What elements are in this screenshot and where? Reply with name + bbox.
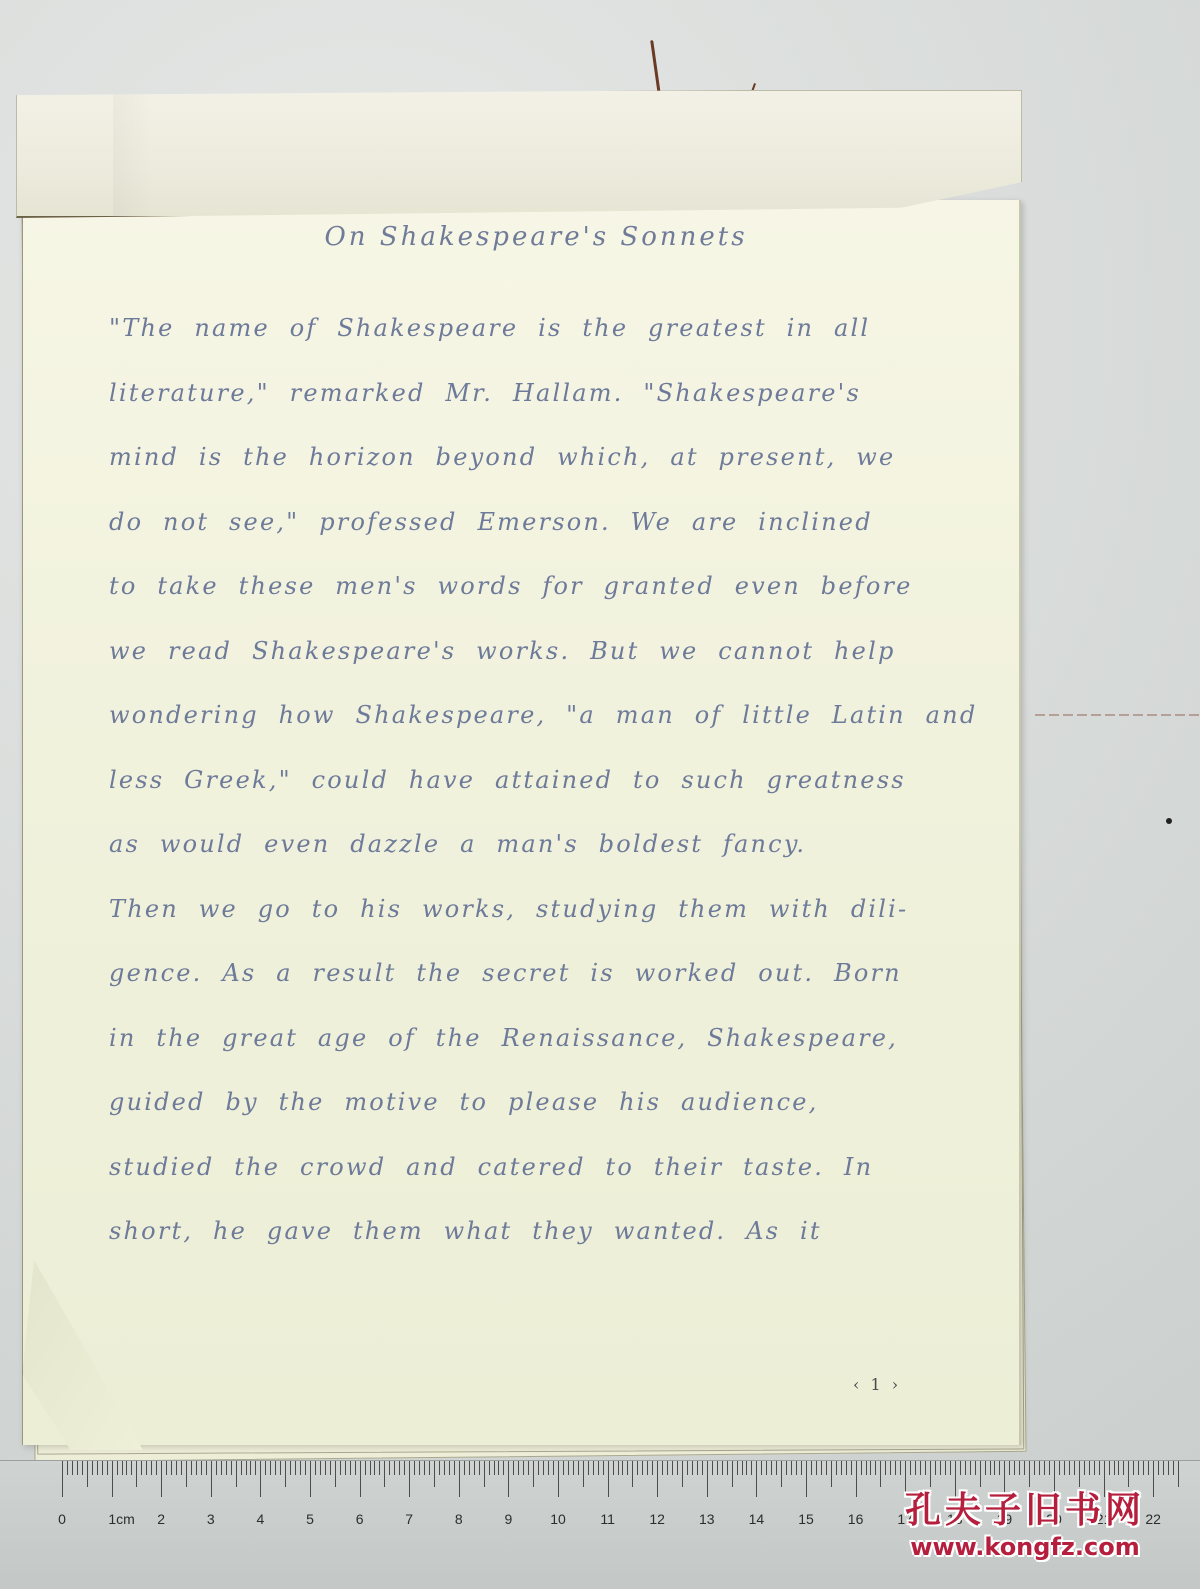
ruler-tick	[340, 1461, 341, 1475]
manuscript-line: in the great age of the Renaissance, Sha…	[109, 1006, 969, 1071]
ruler-tick	[241, 1461, 242, 1475]
ruler-tick	[945, 1461, 946, 1475]
ruler-tick	[1049, 1461, 1050, 1475]
ruler-tick	[627, 1461, 628, 1475]
ruler-tick	[652, 1461, 653, 1475]
ruler-tick	[394, 1461, 395, 1475]
ruler-tick	[578, 1461, 579, 1475]
ruler-label: 1cm	[108, 1511, 134, 1527]
ruler-tick	[1173, 1461, 1174, 1475]
flap-crease	[113, 91, 153, 216]
manuscript-line: mind is the horizon beyond which, at pre…	[109, 425, 969, 490]
ruler-tick	[801, 1461, 802, 1475]
ruler-tick	[568, 1461, 569, 1475]
ruler-tick	[925, 1461, 926, 1475]
ruler-tick	[92, 1461, 93, 1475]
ruler-tick	[77, 1461, 78, 1475]
ruler-tick	[742, 1461, 743, 1475]
ruler-tick	[732, 1461, 733, 1487]
manuscript-line: wondering how Shakespeare, "a man of lit…	[109, 683, 969, 748]
ruler-tick	[350, 1461, 351, 1475]
ruler-tick	[409, 1461, 410, 1497]
ruler-tick	[176, 1461, 177, 1475]
ruler-tick	[563, 1461, 564, 1475]
ruler-label: 2	[157, 1511, 165, 1527]
ruler-tick	[255, 1461, 256, 1475]
ruler-tick	[355, 1461, 356, 1475]
ruler-tick	[136, 1461, 137, 1487]
ruler-tick	[816, 1461, 817, 1475]
ruler-tick	[151, 1461, 152, 1475]
ruler-tick	[940, 1461, 941, 1475]
ruler-tick	[1138, 1461, 1139, 1475]
ruler-tick	[201, 1461, 202, 1475]
ruler-tick	[538, 1461, 539, 1475]
ruler-tick	[424, 1461, 425, 1475]
ruler-tick	[677, 1461, 678, 1475]
ruler-tick	[836, 1461, 837, 1475]
ruler-tick	[1074, 1461, 1075, 1475]
ruler-label: 10	[550, 1511, 566, 1527]
ruler-tick	[498, 1461, 499, 1475]
ruler-tick	[107, 1461, 108, 1475]
ruler-tick	[1158, 1461, 1159, 1475]
manuscript-line: to take these men's words for granted ev…	[109, 554, 969, 619]
ruler-tick	[374, 1461, 375, 1475]
ruler-tick	[717, 1461, 718, 1475]
ruler-tick	[950, 1461, 951, 1475]
ruler-tick	[146, 1461, 147, 1475]
ruler-tick	[211, 1461, 212, 1497]
ruler-tick	[295, 1461, 296, 1475]
ruler-tick	[270, 1461, 271, 1475]
ruler-tick	[290, 1461, 291, 1475]
ruler-tick	[727, 1461, 728, 1475]
manuscript-line: do not see," professed Emerson. We are i…	[109, 490, 969, 555]
ruler-tick	[811, 1461, 812, 1475]
ruler-tick	[985, 1461, 986, 1475]
ruler-tick	[404, 1461, 405, 1475]
ruler-tick	[310, 1461, 311, 1497]
manuscript-line: studied the crowd and catered to their t…	[109, 1135, 969, 1200]
ruler-tick	[518, 1461, 519, 1475]
ruler-tick	[454, 1461, 455, 1475]
ink-dot	[1166, 818, 1172, 824]
ruler-tick	[1148, 1461, 1149, 1475]
ruler-tick	[776, 1461, 777, 1475]
ruler-tick	[1114, 1461, 1115, 1475]
ruler-label: 16	[848, 1511, 864, 1527]
ruler-tick	[399, 1461, 400, 1475]
ruler-label: 4	[256, 1511, 264, 1527]
ruler-tick	[697, 1461, 698, 1475]
ruler-tick	[102, 1461, 103, 1475]
ruler-tick	[632, 1461, 633, 1487]
ruler-tick	[990, 1461, 991, 1475]
ruler-label: 15	[798, 1511, 814, 1527]
ruler-label: 13	[699, 1511, 715, 1527]
ruler-tick	[1039, 1461, 1040, 1475]
ruler-tick	[910, 1461, 911, 1475]
ruler-tick	[781, 1461, 782, 1487]
manuscript-line: as would even dazzle a man's boldest fan…	[109, 812, 969, 877]
ruler-label: 9	[504, 1511, 512, 1527]
ruler-tick	[593, 1461, 594, 1475]
ruler-tick	[846, 1461, 847, 1475]
watermark-chinese: 孔夫子旧书网	[880, 1482, 1170, 1533]
ruler-tick	[489, 1461, 490, 1475]
ruler-tick	[141, 1461, 142, 1475]
ruler-tick	[890, 1461, 891, 1475]
ruler-label: 7	[405, 1511, 413, 1527]
ruler-tick	[1059, 1461, 1060, 1475]
ruler-tick	[622, 1461, 623, 1475]
ruler-tick	[786, 1461, 787, 1475]
ruler-tick	[771, 1461, 772, 1475]
ruler-tick	[637, 1461, 638, 1475]
ruler-tick	[191, 1461, 192, 1475]
ruler-tick	[861, 1461, 862, 1475]
ruler-tick	[672, 1461, 673, 1475]
ruler-tick	[122, 1461, 123, 1475]
ruler-tick	[1024, 1461, 1025, 1475]
ruler-tick	[642, 1461, 643, 1475]
ruler-label: 6	[356, 1511, 364, 1527]
ruler-tick	[1019, 1461, 1020, 1475]
ruler-tick	[856, 1461, 857, 1497]
folded-paper-flap	[16, 90, 1022, 218]
ruler-tick	[999, 1461, 1000, 1475]
ruler-tick	[280, 1461, 281, 1475]
ruler-tick	[553, 1461, 554, 1475]
manuscript-body: "The name of Shakespeare is the greatest…	[109, 296, 969, 1264]
ruler-tick	[885, 1461, 886, 1475]
ruler-label: 8	[455, 1511, 463, 1527]
ruler-tick	[1069, 1461, 1070, 1475]
ruler-tick	[1009, 1461, 1010, 1475]
page-title: On Shakespeare's Sonnets	[23, 222, 1019, 252]
ruler-label: 0	[58, 1511, 66, 1527]
ruler-tick	[494, 1461, 495, 1475]
manuscript-line: literature," remarked Mr. Hallam. "Shake…	[109, 361, 969, 426]
ruler-tick	[434, 1461, 435, 1487]
ruler-tick	[320, 1461, 321, 1475]
ruler-tick	[72, 1461, 73, 1475]
ruler-tick	[315, 1461, 316, 1475]
manuscript-line: less Greek," could have attained to such…	[109, 748, 969, 813]
ruler-tick	[1143, 1461, 1144, 1475]
ruler-tick	[667, 1461, 668, 1475]
ruler-tick	[895, 1461, 896, 1475]
ruler-tick	[236, 1461, 237, 1487]
ruler-tick	[414, 1461, 415, 1475]
page-number: ‹ 1 ›	[853, 1375, 901, 1394]
ruler-tick	[851, 1461, 852, 1475]
ruler-tick	[330, 1461, 331, 1475]
ruler-tick	[826, 1461, 827, 1475]
ruler-tick	[543, 1461, 544, 1475]
ruler-tick	[1178, 1461, 1179, 1487]
ruler-tick	[533, 1461, 534, 1487]
ruler-label: 14	[749, 1511, 765, 1527]
ruler-tick	[250, 1461, 251, 1475]
ruler-tick	[389, 1461, 390, 1475]
ruler-tick	[975, 1461, 976, 1475]
ruler-tick	[692, 1461, 693, 1475]
ruler-tick	[965, 1461, 966, 1475]
ruler-tick	[464, 1461, 465, 1475]
ruler-tick	[712, 1461, 713, 1475]
ruler-tick	[806, 1461, 807, 1497]
ruler-tick	[216, 1461, 217, 1475]
ruler-tick	[523, 1461, 524, 1475]
ruler-tick	[117, 1461, 118, 1475]
ruler-tick	[231, 1461, 232, 1475]
ruler-tick	[1163, 1461, 1164, 1475]
ruler-tick	[751, 1461, 752, 1475]
ruler-tick	[821, 1461, 822, 1475]
ruler-tick	[875, 1461, 876, 1475]
ruler-tick	[960, 1461, 961, 1475]
ruler-tick	[935, 1461, 936, 1475]
ruler-tick	[1118, 1461, 1119, 1475]
ruler-tick	[131, 1461, 132, 1475]
ruler-tick	[345, 1461, 346, 1475]
ruler-tick	[379, 1461, 380, 1475]
manuscript-line: short, he gave them what they wanted. As…	[109, 1199, 969, 1264]
background-streak	[1035, 714, 1200, 716]
ruler-tick	[305, 1461, 306, 1475]
ruler-tick	[161, 1461, 162, 1497]
ruler-tick	[474, 1461, 475, 1475]
watermark: 孔夫子旧书网 www.kongfz.com	[880, 1482, 1170, 1561]
ruler-tick	[866, 1461, 867, 1475]
ruler-tick	[226, 1461, 227, 1475]
ruler-tick	[1064, 1461, 1065, 1475]
ruler-tick	[1168, 1461, 1169, 1475]
ruler-tick	[370, 1461, 371, 1475]
ruler-tick	[419, 1461, 420, 1475]
ruler-tick	[831, 1461, 832, 1487]
ruler-tick	[126, 1461, 127, 1475]
ruler-tick	[994, 1461, 995, 1475]
ruler-tick	[181, 1461, 182, 1475]
ruler-tick	[503, 1461, 504, 1475]
ruler-tick	[558, 1461, 559, 1497]
ruler-tick	[1094, 1461, 1095, 1475]
ruler-tick	[702, 1461, 703, 1475]
ruler-tick	[67, 1461, 68, 1475]
ruler-tick	[87, 1461, 88, 1487]
ruler-tick	[682, 1461, 683, 1487]
manuscript-line: "The name of Shakespeare is the greatest…	[109, 296, 969, 361]
ruler-tick	[791, 1461, 792, 1475]
ruler-tick	[746, 1461, 747, 1475]
ruler-tick	[588, 1461, 589, 1475]
ruler-tick	[171, 1461, 172, 1475]
ruler-tick	[841, 1461, 842, 1475]
ruler-tick	[528, 1461, 529, 1475]
ruler-tick	[206, 1461, 207, 1475]
ruler-label: 5	[306, 1511, 314, 1527]
ruler-tick	[573, 1461, 574, 1475]
ruler-tick	[62, 1461, 63, 1497]
ruler-tick	[657, 1461, 658, 1497]
ruler-tick	[1084, 1461, 1085, 1475]
ruler-tick	[449, 1461, 450, 1475]
ruler-tick	[613, 1461, 614, 1475]
ruler-tick	[1014, 1461, 1015, 1475]
ruler-tick	[920, 1461, 921, 1475]
ruler-tick	[761, 1461, 762, 1475]
ruler-tick	[444, 1461, 445, 1475]
ruler-tick	[1099, 1461, 1100, 1475]
dried-stem	[650, 40, 661, 95]
manuscript-page: On Shakespeare's Sonnets "The name of Sh…	[22, 200, 1021, 1445]
ruler-tick	[608, 1461, 609, 1497]
ruler-tick	[1133, 1461, 1134, 1475]
ruler-tick	[429, 1461, 430, 1475]
ruler-tick	[618, 1461, 619, 1475]
ruler-tick	[325, 1461, 326, 1475]
ruler-tick	[97, 1461, 98, 1475]
ruler-tick	[484, 1461, 485, 1487]
watermark-url: www.kongfz.com	[880, 1533, 1170, 1561]
ruler-tick	[196, 1461, 197, 1475]
ruler-tick	[647, 1461, 648, 1475]
ruler-tick	[166, 1461, 167, 1475]
ruler-tick	[275, 1461, 276, 1475]
ruler-tick	[687, 1461, 688, 1475]
ruler-tick	[766, 1461, 767, 1475]
ruler-tick	[265, 1461, 266, 1475]
ruler-tick	[479, 1461, 480, 1475]
ruler-tick	[870, 1461, 871, 1475]
ruler-tick	[508, 1461, 509, 1497]
ruler-tick	[365, 1461, 366, 1475]
ruler-tick	[469, 1461, 470, 1475]
ruler-tick	[360, 1461, 361, 1497]
ruler-tick	[707, 1461, 708, 1497]
ruler-tick	[300, 1461, 301, 1475]
ruler-tick	[598, 1461, 599, 1475]
ruler-tick	[82, 1461, 83, 1475]
ruler-tick	[1123, 1461, 1124, 1475]
ruler-tick	[915, 1461, 916, 1475]
manuscript-line: gence. As a result the secret is worked …	[109, 941, 969, 1006]
manuscript-line: we read Shakespeare's works. But we cann…	[109, 619, 969, 684]
manuscript-line: Then we go to his works, studying them w…	[109, 877, 969, 942]
ruler-tick	[548, 1461, 549, 1475]
ruler-tick	[737, 1461, 738, 1475]
ruler-tick	[756, 1461, 757, 1497]
manuscript-line: guided by the motive to please his audie…	[109, 1070, 969, 1135]
ruler-tick	[1089, 1461, 1090, 1475]
ruler-tick	[1034, 1461, 1035, 1475]
ruler-tick	[260, 1461, 261, 1497]
ruler-tick	[246, 1461, 247, 1475]
ruler-tick	[662, 1461, 663, 1475]
ruler-tick	[1109, 1461, 1110, 1475]
ruler-tick	[513, 1461, 514, 1475]
ruler-label: 12	[649, 1511, 665, 1527]
ruler-tick	[335, 1461, 336, 1487]
ruler-tick	[459, 1461, 460, 1497]
ruler-tick	[603, 1461, 604, 1475]
ruler-tick	[112, 1461, 113, 1497]
ruler-label: 3	[207, 1511, 215, 1527]
ruler-tick	[722, 1461, 723, 1475]
ruler-tick	[970, 1461, 971, 1475]
ruler-label: 11	[600, 1511, 615, 1527]
ruler-tick	[156, 1461, 157, 1475]
ruler-tick	[439, 1461, 440, 1475]
ruler-tick	[384, 1461, 385, 1487]
ruler-tick	[583, 1461, 584, 1487]
ruler-tick	[796, 1461, 797, 1475]
ruler-tick	[900, 1461, 901, 1475]
ruler-tick	[186, 1461, 187, 1487]
ruler-tick	[221, 1461, 222, 1475]
ruler-tick	[1044, 1461, 1045, 1475]
ruler-tick	[285, 1461, 286, 1487]
